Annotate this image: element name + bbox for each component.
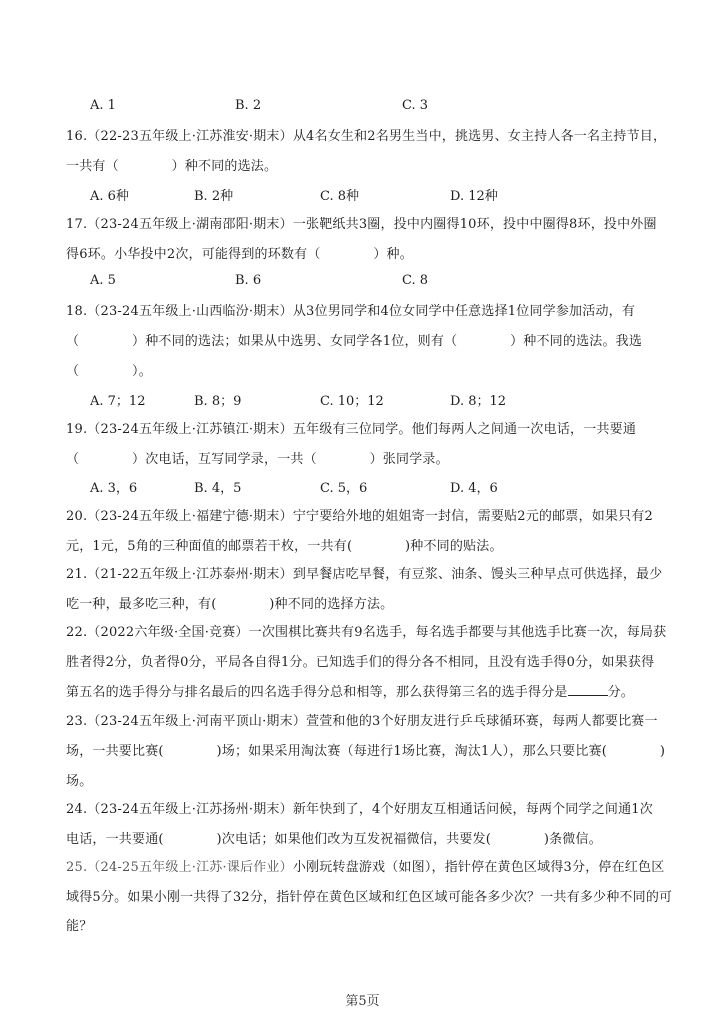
option: C. 5，6 [320,477,367,496]
question-16-line-2: 一共有（ ）种不同的选法。 [66,155,277,174]
question-24-line-2: 电话，一共要通( )次电话；如果他们改为互发祝福微信，共要发( )条微信。 [66,828,602,847]
question-18-line-1: 18.（23-24五年级上·山西临汾·期末）从3位男同学和4位女同学中任意选择1… [66,300,635,319]
option: B. 2种 [194,185,233,204]
question-text: 第五名的选手得分与排名最后的四名选手得分总和相等，那么获得第三名的选手得分是 [66,685,568,700]
page-number: 第5页 [0,990,725,1009]
question-source: （23-24五年级上·福建宁德·期末） [87,509,293,524]
option: A. 6种 [90,185,129,204]
question-text: 到早餐店吃早餐，有豆浆、油条、馒头三种早点可供选择，最少 [293,567,663,582]
option: C. 3 [402,98,428,113]
question-text: 从3位男同学和4位女同学中任意选择1位同学参加活动，有 [293,304,635,319]
question-18-line-3: （ ）。 [66,360,152,379]
question-number: 25. [66,860,87,875]
question-source: （21-22五年级上·江苏泰州·期末） [87,567,293,582]
question-number: 22. [66,625,87,640]
question-18-line-2: （ ）种不同的选法；如果从中选男、女同学各1位，则有（ ）种不同的选法。我选 [66,330,642,349]
question-text: 五年级有三位同学。他们每两人之间通一次电话，一共要通 [293,422,636,437]
question-19-line-2: （ ）次电话，互写同学录，一共（ ）张同学录。 [66,448,449,467]
question-25-line-1: 25.（24-25五年级上·江苏·课后作业）小刚玩转盘游戏（如图），指针停在黄色… [66,856,664,875]
option: B. 4，5 [194,477,241,496]
question-text: 小刚玩转盘游戏（如图），指针停在黄色区域得3分，停在红色区 [293,860,665,875]
question-25-line-3: 能？ [66,915,92,934]
question-source: （2022六年级·全国·竞赛） [87,625,248,640]
question-23-line-1: 23.（23-24五年级上·河南平顶山·期末）萱萱和他的3个好朋友进行乒乓球循环… [66,710,658,729]
option: B. 6 [235,273,261,288]
question-text: 新年快到了，4个好朋友互相通话问候，每两个同学之间通1次 [293,802,653,817]
question-text: 分。 [608,685,634,700]
question-number: 20. [66,509,87,524]
option: C. 8种 [320,185,359,204]
question-number: 19. [66,422,87,437]
option: B. 8；9 [194,390,241,409]
question-text: 一次围棋比赛共有9名选手，每名选手都要与其他选手比赛一次，每局获 [249,625,667,640]
option: A. 5 [90,273,116,288]
question-number: 21. [66,567,87,582]
question-17-line-2: 得6环。小华投中2次，可能得到的环数有（ ）种。 [66,243,413,262]
option: D. 12种 [450,185,498,204]
question-number: 23. [66,714,87,729]
question-19-line-1: 19.（23-24五年级上·江苏镇江·期末）五年级有三位同学。他们每两人之间通一… [66,418,636,437]
option: A. 3，6 [90,477,137,496]
question-text: 从4名女生和2名男生当中，挑选男、女主持人各一名主持节目， [293,129,666,144]
option: A. 1 [90,98,116,113]
option: C. 10；12 [320,390,384,409]
question-24-line-1: 24.（23-24五年级上·江苏扬州·期末）新年快到了，4个好朋友互相通话问候，… [66,798,653,817]
question-text: 一张靶纸共3圈，投中内圈得10环，投中中圈得8环，投中外圈 [293,217,657,232]
question-number: 18. [66,304,87,319]
option: B. 2 [235,98,261,113]
question-22-line-2: 胜者得2分，负者得0分，平局各自得1分。已知选手们的得分各不相同，且没有选手得0… [66,651,654,670]
question-17-line-1: 17.（23-24五年级上·湖南邵阳·期末）一张靶纸共3圈，投中内圈得10环，投… [66,213,657,232]
option: D. 4，6 [450,477,498,496]
question-text: 萱萱和他的3个好朋友进行乒乓球循环赛，每两人都要比赛一 [306,714,658,729]
question-source: （23-24五年级上·山西临汾·期末） [87,304,293,319]
question-23-line-2: 场，一共要比赛( )场；如果采用淘汰赛（每进行1场比赛，淘汰1人），那么只要比赛… [66,740,665,759]
question-20-line-1: 20.（23-24五年级上·福建宁德·期末）宁宁要给外地的姐姐寄一封信，需要贴2… [66,505,653,524]
question-25-line-2: 域得5分。如果小刚一共得了32分，指针停在黄色区域和红色区域可能各多少次？一共有… [66,886,672,905]
question-number: 24. [66,802,87,817]
question-source: （23-24五年级上·江苏扬州·期末） [87,802,293,817]
option: C. 8 [402,273,428,288]
question-source: （22-23五年级上·江苏淮安·期末） [87,129,293,144]
question-source: （23-24五年级上·江苏镇江·期末） [87,422,293,437]
answer-blank[interactable] [568,683,608,696]
question-22-line-3: 第五名的选手得分与排名最后的四名选手得分总和相等，那么获得第三名的选手得分是分。 [66,681,634,700]
question-16-line-1: 16.（22-23五年级上·江苏淮安·期末）从4名女生和2名男生当中，挑选男、女… [66,125,666,144]
question-20-line-2: 元，1元，5角的三种面值的邮票若干枚，一共有( )种不同的贴法。 [66,535,503,554]
question-21-line-1: 21.（21-22五年级上·江苏泰州·期末）到早餐店吃早餐，有豆浆、油条、馒头三… [66,563,662,582]
question-number: 17. [66,217,87,232]
question-22-line-1: 22.（2022六年级·全国·竞赛）一次围棋比赛共有9名选手，每名选手都要与其他… [66,621,666,640]
question-source: （23-24五年级上·河南平顶山·期末） [87,714,306,729]
question-23-line-3: 场。 [66,770,92,789]
question-text: 宁宁要给外地的姐姐寄一封信，需要贴2元的邮票，如果只有2 [293,509,653,524]
option: A. 7；12 [90,390,145,409]
question-source: （23-24五年级上·湖南邵阳·期末） [87,217,293,232]
option: D. 8；12 [450,390,506,409]
question-number: 16. [66,129,87,144]
question-source: （24-25五年级上·江苏·课后作业） [87,860,293,875]
question-21-line-2: 吃一种，最多吃三种，有( )种不同的选择方法。 [66,593,393,612]
